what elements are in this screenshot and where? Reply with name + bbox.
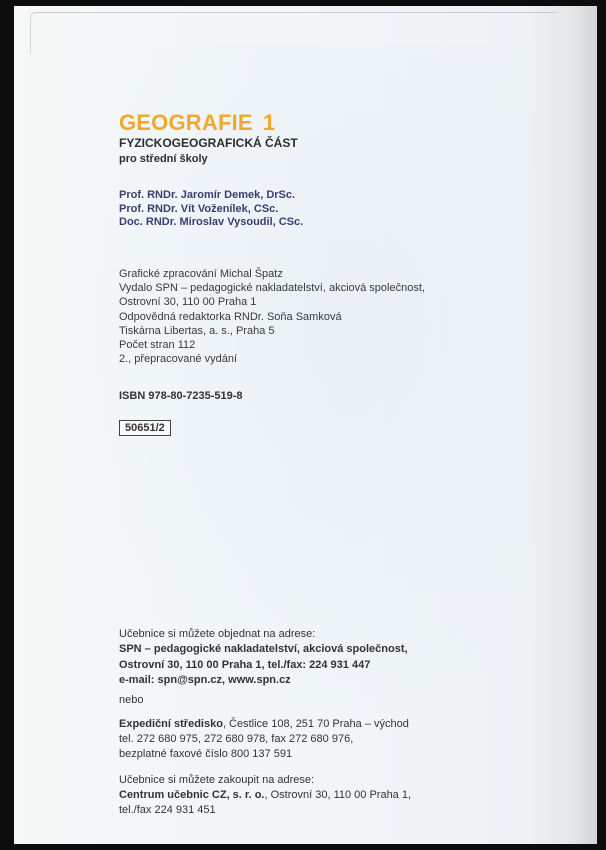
shop-intro: Učebnice si můžete zakoupit na adrese: bbox=[119, 773, 411, 788]
shop-address: , Ostrovní 30, 110 00 Praha 1, bbox=[264, 789, 411, 801]
imprint-block: Grafické zpracování Michal Špatz Vydalo … bbox=[119, 267, 425, 366]
imprint-line: Ostrovní 30, 110 00 Praha 1 bbox=[119, 295, 425, 309]
expedition-free-fax: bezplatné faxové číslo 800 137 591 bbox=[119, 747, 409, 762]
book-title-text: GEOGRAFIE bbox=[119, 110, 253, 135]
author: Prof. RNDr. Vít Voženílek, CSc. bbox=[119, 203, 303, 217]
order-contact-line: e-mail: spn@spn.cz, www.spn.cz bbox=[119, 673, 408, 688]
book-title: GEOGRAFIE1 bbox=[119, 110, 275, 136]
expedition-info: Expediční středisko, Čestlice 108, 251 7… bbox=[119, 717, 409, 762]
imprint-line: Tiskárna Libertas, a. s., Praha 5 bbox=[119, 324, 425, 338]
page-corner-frame bbox=[30, 12, 557, 53]
shop-line: Centrum učebnic CZ, s. r. o., Ostrovní 3… bbox=[119, 788, 411, 803]
book-title-number: 1 bbox=[263, 110, 275, 135]
author-list: Prof. RNDr. Jaromír Demek, DrSc. Prof. R… bbox=[119, 189, 303, 230]
author: Doc. RNDr. Miroslav Vysoudil, CSc. bbox=[119, 216, 303, 230]
book-subtitle: FYZICKOGEOGRAFICKÁ ČÁST bbox=[119, 136, 298, 150]
order-line: SPN – pedagogické nakladatelství, akciov… bbox=[119, 642, 408, 657]
expedition-phones: tel. 272 680 975, 272 680 978, fax 272 6… bbox=[119, 732, 409, 747]
expedition-address: , Čestlice 108, 251 70 Praha – východ bbox=[223, 718, 409, 730]
shop-info: Učebnice si můžete zakoupit na adrese: C… bbox=[119, 773, 411, 818]
order-info: Učebnice si můžete objednat na adrese: S… bbox=[119, 627, 408, 688]
expedition-name: Expediční středisko bbox=[119, 718, 223, 730]
or-label: nebo bbox=[119, 694, 143, 706]
imprint-line: Počet stran 112 bbox=[119, 338, 425, 352]
scanned-page: GEOGRAFIE1 FYZICKOGEOGRAFICKÁ ČÁST pro s… bbox=[14, 6, 597, 844]
order-intro: Učebnice si můžete objednat na adrese: bbox=[119, 627, 408, 642]
order-line: Ostrovní 30, 110 00 Praha 1, tel./fax: 2… bbox=[119, 658, 408, 673]
shop-name: Centrum učebnic CZ, s. r. o. bbox=[119, 789, 264, 801]
imprint-line: Grafické zpracování Michal Špatz bbox=[119, 267, 425, 281]
isbn: ISBN 978-80-7235-519-8 bbox=[119, 390, 243, 402]
shop-phone: tel./fax 224 931 451 bbox=[119, 803, 411, 818]
expedition-line: Expediční středisko, Čestlice 108, 251 7… bbox=[119, 717, 409, 732]
school-level: pro střední školy bbox=[119, 153, 208, 165]
imprint-line: Odpovědná redaktorka RNDr. Soňa Samková bbox=[119, 310, 425, 324]
imprint-line: Vydalo SPN – pedagogické nakladatelství,… bbox=[119, 281, 425, 295]
catalog-code-box: 50651/2 bbox=[119, 420, 171, 436]
author: Prof. RNDr. Jaromír Demek, DrSc. bbox=[119, 189, 303, 203]
imprint-line: 2., přepracované vydání bbox=[119, 352, 425, 366]
